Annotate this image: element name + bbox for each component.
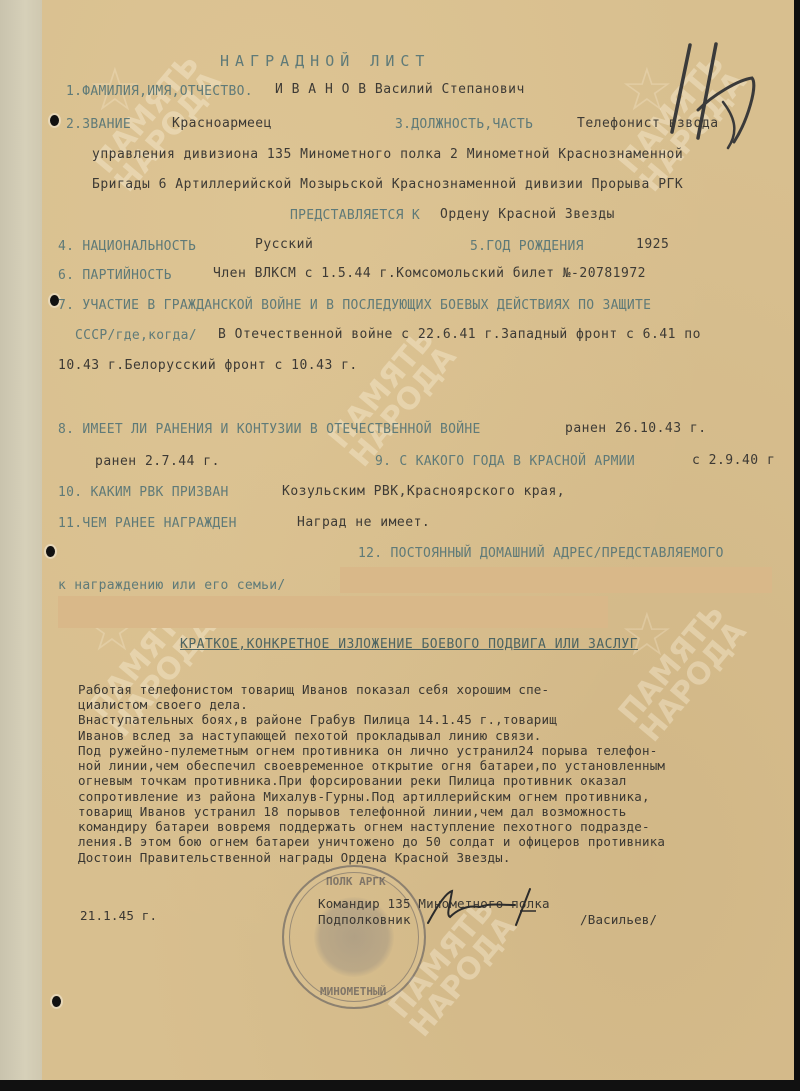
stamp-bottom-text: МИНОМЕТНЫЙ [320, 985, 386, 998]
feat-heading: КРАТКОЕ,КОНКРЕТНОЕ ИЗЛОЖЕНИЕ БОЕВОГО ПОД… [180, 637, 638, 652]
feat-line: ной линии,чем обеспечил своевременное от… [78, 758, 665, 774]
punch-hole [50, 115, 59, 126]
scan-bottom-border [0, 1080, 800, 1091]
field-9-label: 9. С КАКОГО ГОДА В КРАСНОЙ АРМИИ [375, 454, 635, 469]
field-8-value-line2: ранен 2.7.44 г. [95, 454, 220, 469]
field-7-value-line1: В Отечественной войне с 22.6.41 г.Западн… [218, 327, 701, 342]
field-10-value: Козульским РВК,Красноярского края, [282, 484, 565, 499]
field-1-label: 1.ФАМИЛИЯ,ИМЯ,ОТЧЕСТВО. [66, 84, 253, 99]
scan-left-margin [0, 0, 42, 1091]
field-3-value-line2: управления дивизиона 135 Минометного пол… [92, 147, 683, 162]
feat-line: командиру батареи вовремя поддержать огн… [78, 819, 650, 835]
stamp-top-text: ПОЛК АРГК [326, 875, 386, 888]
field-8-label: 8. ИМЕЕТ ЛИ РАНЕНИЯ И КОНТУЗИИ В ОТЕЧЕСТ… [58, 422, 481, 437]
field-8-value-line1: ранен 26.10.43 г. [565, 421, 707, 436]
field-4-value: Русский [255, 237, 313, 252]
feat-line: сопротивление из района Михалув-Гурны.По… [78, 789, 650, 805]
field-3-label: 3.ДОЛЖНОСТЬ,ЧАСТЬ [395, 117, 533, 132]
redacted-address [340, 567, 772, 593]
field-7-value-line2: 10.43 г.Белорусский фронт с 10.43 г. [58, 358, 358, 373]
feat-line: ления.В этом бою огнем батареи уничтожен… [78, 834, 665, 850]
field-4-label: 4. НАЦИОНАЛЬНОСТЬ [58, 239, 196, 254]
feat-line: циалистом своего дела. [78, 697, 248, 713]
feat-line: Работая телефонистом товарищ Иванов пока… [78, 682, 549, 698]
field-12-label-cont: к награждению или его семьи/ [58, 578, 286, 593]
field-7-label: 7. УЧАСТИЕ В ГРАЖДАНСКОЙ ВОЙНЕ И В ПОСЛЕ… [58, 298, 651, 313]
field-5-value: 1925 [636, 237, 669, 252]
field-5-label: 5.ГОД РОЖДЕНИЯ [470, 239, 584, 254]
presented-value: Ордену Красной Звезды [440, 207, 615, 222]
signature-date: 21.1.45 г. [80, 908, 157, 924]
handwritten-16-icon [668, 40, 768, 150]
watermark-star-icon: ☆ [620, 55, 674, 125]
redacted-address [58, 596, 608, 628]
punch-hole [52, 996, 61, 1007]
signature-name: /Васильев/ [580, 912, 657, 928]
watermark-star-icon: ☆ [620, 600, 674, 670]
field-9-value: с 2.9.40 г [692, 453, 775, 468]
field-3-value-line3: Бригады 6 Артиллерийской Мозырьской Крас… [92, 177, 683, 192]
field-1-value: И В А Н О В Василий Степанович [275, 82, 525, 97]
document-title: НАГРАДНОЙ ЛИСТ [220, 52, 430, 70]
field-10-label: 10. КАКИМ РВК ПРИЗВАН [58, 485, 229, 500]
signature-rank: Подполковник [318, 912, 411, 928]
feat-line: Иванов вслед за наступающей пехотой прок… [78, 728, 542, 744]
punch-hole [46, 546, 55, 557]
field-11-value: Наград не имеет. [297, 515, 430, 530]
field-6-label: 6. ПАРТИЙНОСТЬ [58, 268, 172, 283]
feat-line: Под ружейно-пулеметным огнем противника … [78, 743, 657, 759]
feat-line: Достоин Правительственной награды Ордена… [78, 850, 511, 866]
field-6-value: Член ВЛКСМ с 1.5.44 г.Комсомольский биле… [213, 266, 646, 281]
field-7-label-cont: СССР/где,когда/ [75, 328, 197, 343]
feat-line: товарищ Иванов устранил 18 порывов телеф… [78, 804, 627, 820]
field-2-label: 2.ЗВАНИЕ [66, 117, 131, 132]
field-11-label: 11.ЧЕМ РАНЕЕ НАГРАЖДЕН [58, 516, 237, 531]
field-2-value: Красноармеец [172, 116, 272, 131]
official-stamp: ПОЛК АРГК МИНОМЕТНЫЙ [282, 865, 426, 1009]
handwritten-archive-number [668, 40, 768, 154]
feat-line: огневым точкам противника.При форсирован… [78, 773, 627, 789]
feat-line: Внаступательных боях,в районе Грабув Пил… [78, 712, 557, 728]
scan-right-border [794, 0, 800, 1091]
presented-label: ПРЕДСТАВЛЯЕТСЯ К [290, 208, 420, 223]
field-3-value-line1: Телефонист взвода [577, 116, 719, 131]
field-12-label: 12. ПОСТОЯННЫЙ ДОМАШНИЙ АДРЕС/ПРЕДСТАВЛЯ… [358, 546, 724, 561]
handwritten-signature-icon [420, 885, 560, 930]
